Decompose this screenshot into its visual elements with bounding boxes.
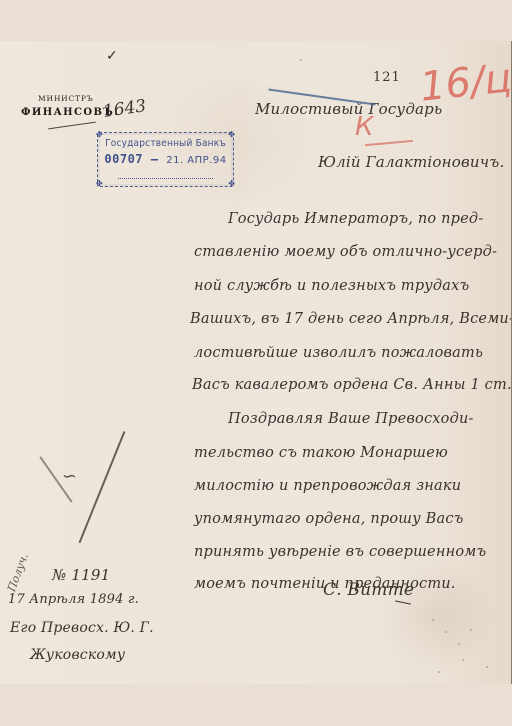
stamp-dash: — (151, 152, 159, 166)
stamp-corner-ornament-icon: ✤ (228, 180, 235, 188)
body-line: Васъ кавалеромъ ордена Св. Анны 1 ст. (192, 377, 512, 393)
stamp-year: 94 (213, 155, 227, 166)
body-line: упомянутаго ордена, прошу Васъ (194, 511, 464, 527)
margin-received-note: Получ. (5, 551, 31, 593)
outgoing-recipient-title: Его Превосх. Ю. Г. (10, 620, 154, 636)
addressee-name: Юлій Галактіоновичъ. (318, 153, 504, 171)
letter-page: 1643 ✓ МИНИСТРЪ ФИНАНСОВЪ. ✤ ✤ ✤ ✤ Госуд… (0, 41, 512, 684)
body-line: Поздравляя Ваше Превосходи- (228, 411, 474, 427)
page-number: 121 (373, 70, 401, 85)
letterhead-line1: МИНИСТРЪ (38, 94, 93, 103)
letterhead-line2: ФИНАНСОВЪ. (21, 107, 119, 118)
check-mark-icon: ✓ (106, 48, 118, 64)
bank-stamp: ✤ ✤ ✤ ✤ Государственный Банкъ 00707 — 21… (97, 132, 234, 187)
stamp-title: Государственный Банкъ (98, 138, 233, 149)
body-line: ставленію моему объ отлично-усерд- (194, 244, 497, 260)
stamp-number-date: 00707 — 21. АПР.94 (98, 152, 233, 166)
stamp-corner-ornament-icon: ✤ (96, 180, 103, 188)
stamp-corner-ornament-icon: ✤ (228, 131, 235, 139)
red-pencil-letter: К (355, 112, 373, 142)
body-line: ной службѣ и полезныхъ трудахъ (194, 278, 469, 294)
outgoing-recipient-name: Жуковскому (30, 647, 125, 663)
body-line: лостивѣйше изволилъ пожаловать (194, 345, 483, 361)
outgoing-number: № 1191 (52, 566, 110, 584)
red-pencil-registry-mark: 16/ц (418, 55, 512, 110)
margin-check-mark (79, 431, 125, 543)
body-line: Вашихъ, въ 17 день сего Апрѣля, Всеми- (190, 311, 512, 327)
body-line: тельство съ такою Монаршею (194, 445, 448, 461)
stamp-corner-ornament-icon: ✤ (96, 131, 103, 139)
body-line: Государь Императоръ, по пред- (228, 211, 483, 227)
margin-flourish-icon: ∽ (62, 466, 77, 487)
body-line: милостію и препровождая знаки (194, 478, 461, 494)
body-line: принять увѣреніе въ совершенномъ (194, 544, 486, 560)
registry-underline (48, 122, 96, 130)
signature: С. Витте (323, 580, 414, 600)
salutation: Милостивый Государь (255, 100, 442, 118)
stamp-date: 21. АПР. (166, 155, 213, 166)
stamp-dotted-line (118, 178, 213, 180)
stamp-number: 00707 (104, 152, 143, 166)
outgoing-date: 17 Апрѣля 1894 г. (8, 592, 139, 607)
